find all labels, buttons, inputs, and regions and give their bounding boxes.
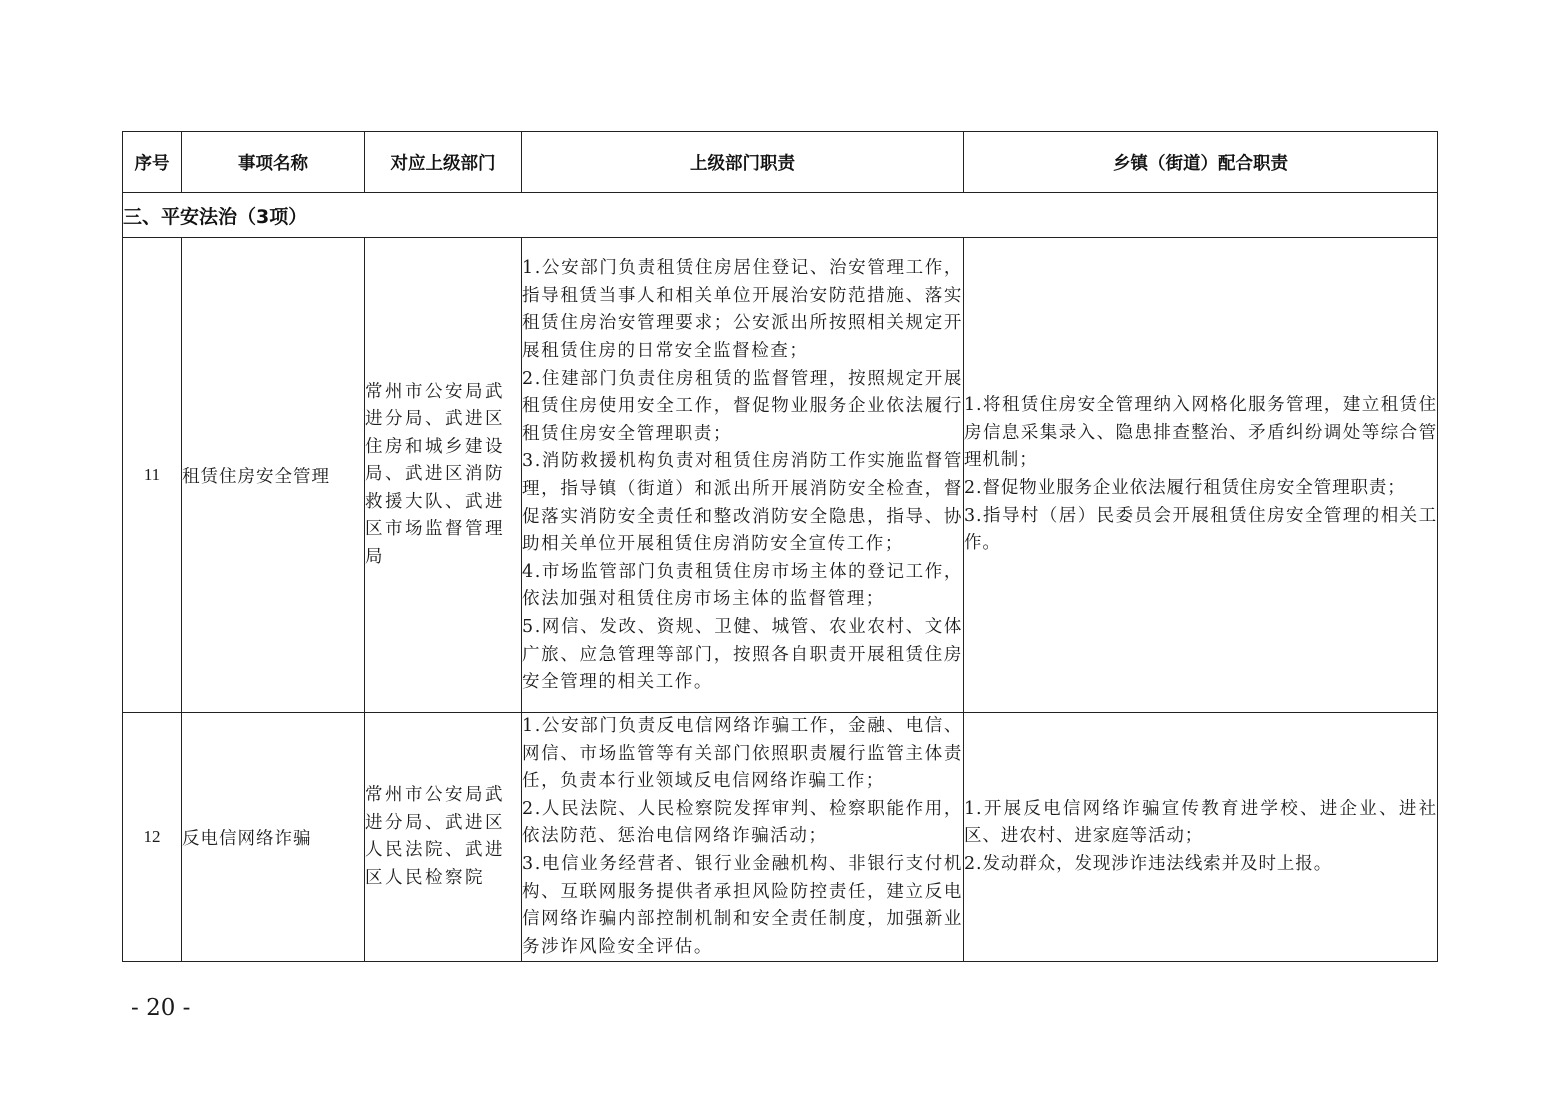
table-header-row: 序号 事项名称 对应上级部门 上级部门职责 乡镇（街道）配合职责	[123, 132, 1438, 193]
page-number: - 20 -	[131, 995, 190, 1021]
table-row: 11 租赁住房安全管理 常州市公安局武进分局、武进区住房和城乡建设局、武进区消防…	[123, 238, 1438, 713]
duty-item: 3.电信业务经营者、银行业金融机构、非银行支付机构、互联网服务提供者承担风险防控…	[522, 851, 963, 961]
coop-item: 3.指导村（居）民委员会开展租赁住房安全管理的相关工作。	[964, 503, 1437, 558]
row-superior-duty: 1.公安部门负责反电信网络诈骗工作，金融、电信、网信、市场监管等有关部门依照职责…	[522, 713, 964, 962]
row-township-duty: 1.开展反电信网络诈骗宣传教育进学校、进企业、进社区、进农村、进家庭等活动； 2…	[964, 713, 1438, 962]
coop-item: 1.开展反电信网络诈骗宣传教育进学校、进企业、进社区、进农村、进家庭等活动；	[964, 796, 1437, 851]
coop-item: 1.将租赁住房安全管理纳入网格化服务管理，建立租赁住房信息采集录入、隐患排查整治…	[964, 392, 1437, 475]
table-row: 12 反电信网络诈骗 常州市公安局武进分局、武进区人民法院、武进区人民检察院 1…	[123, 713, 1438, 962]
row-superior-dept: 常州市公安局武进分局、武进区住房和城乡建设局、武进区消防救援大队、武进区市场监督…	[365, 238, 522, 713]
document-page: 序号 事项名称 对应上级部门 上级部门职责 乡镇（街道）配合职责 三、平安法治（…	[0, 0, 1559, 1102]
duty-item: 2.住建部门负责住房租赁的监督管理，按照规定开展租赁住房使用安全工作，督促物业服…	[522, 366, 963, 449]
row-township-duty: 1.将租赁住房安全管理纳入网格化服务管理，建立租赁住房信息采集录入、隐患排查整治…	[964, 238, 1438, 713]
row-index: 12	[123, 713, 182, 962]
header-index: 序号	[123, 132, 182, 193]
row-superior-duty: 1.公安部门负责租赁住房居住登记、治安管理工作，指导租赁当事人和相关单位开展治安…	[522, 238, 964, 713]
section-title: 三、平安法治（3项）	[123, 193, 1438, 238]
duty-item: 1.公安部门负责租赁住房居住登记、治安管理工作，指导租赁当事人和相关单位开展治安…	[522, 255, 963, 365]
row-item-name: 反电信网络诈骗	[182, 713, 365, 962]
duty-item: 3.消防救援机构负责对租赁住房消防工作实施监督管理，指导镇（街道）和派出所开展消…	[522, 448, 963, 558]
row-superior-dept: 常州市公安局武进分局、武进区人民法院、武进区人民检察院	[365, 713, 522, 962]
row-item-name: 租赁住房安全管理	[182, 238, 365, 713]
header-superior-duty: 上级部门职责	[522, 132, 964, 193]
duty-item: 4.市场监管部门负责租赁住房市场主体的登记工作，依法加强对租赁住房市场主体的监督…	[522, 559, 963, 614]
duty-item: 5.网信、发改、资规、卫健、城管、农业农村、文体广旅、应急管理等部门，按照各自职…	[522, 614, 963, 697]
duty-table: 序号 事项名称 对应上级部门 上级部门职责 乡镇（街道）配合职责 三、平安法治（…	[122, 131, 1438, 962]
row-index: 11	[123, 238, 182, 713]
header-item-name: 事项名称	[182, 132, 365, 193]
coop-item: 2.督促物业服务企业依法履行租赁住房安全管理职责；	[964, 475, 1437, 503]
header-superior-dept: 对应上级部门	[365, 132, 522, 193]
duty-item: 1.公安部门负责反电信网络诈骗工作，金融、电信、网信、市场监管等有关部门依照职责…	[522, 713, 963, 796]
header-township-duty: 乡镇（街道）配合职责	[964, 132, 1438, 193]
section-row: 三、平安法治（3项）	[123, 193, 1438, 238]
duty-item: 2.人民法院、人民检察院发挥审判、检察职能作用，依法防范、惩治电信网络诈骗活动；	[522, 796, 963, 851]
coop-item: 2.发动群众，发现涉诈违法线索并及时上报。	[964, 851, 1437, 879]
